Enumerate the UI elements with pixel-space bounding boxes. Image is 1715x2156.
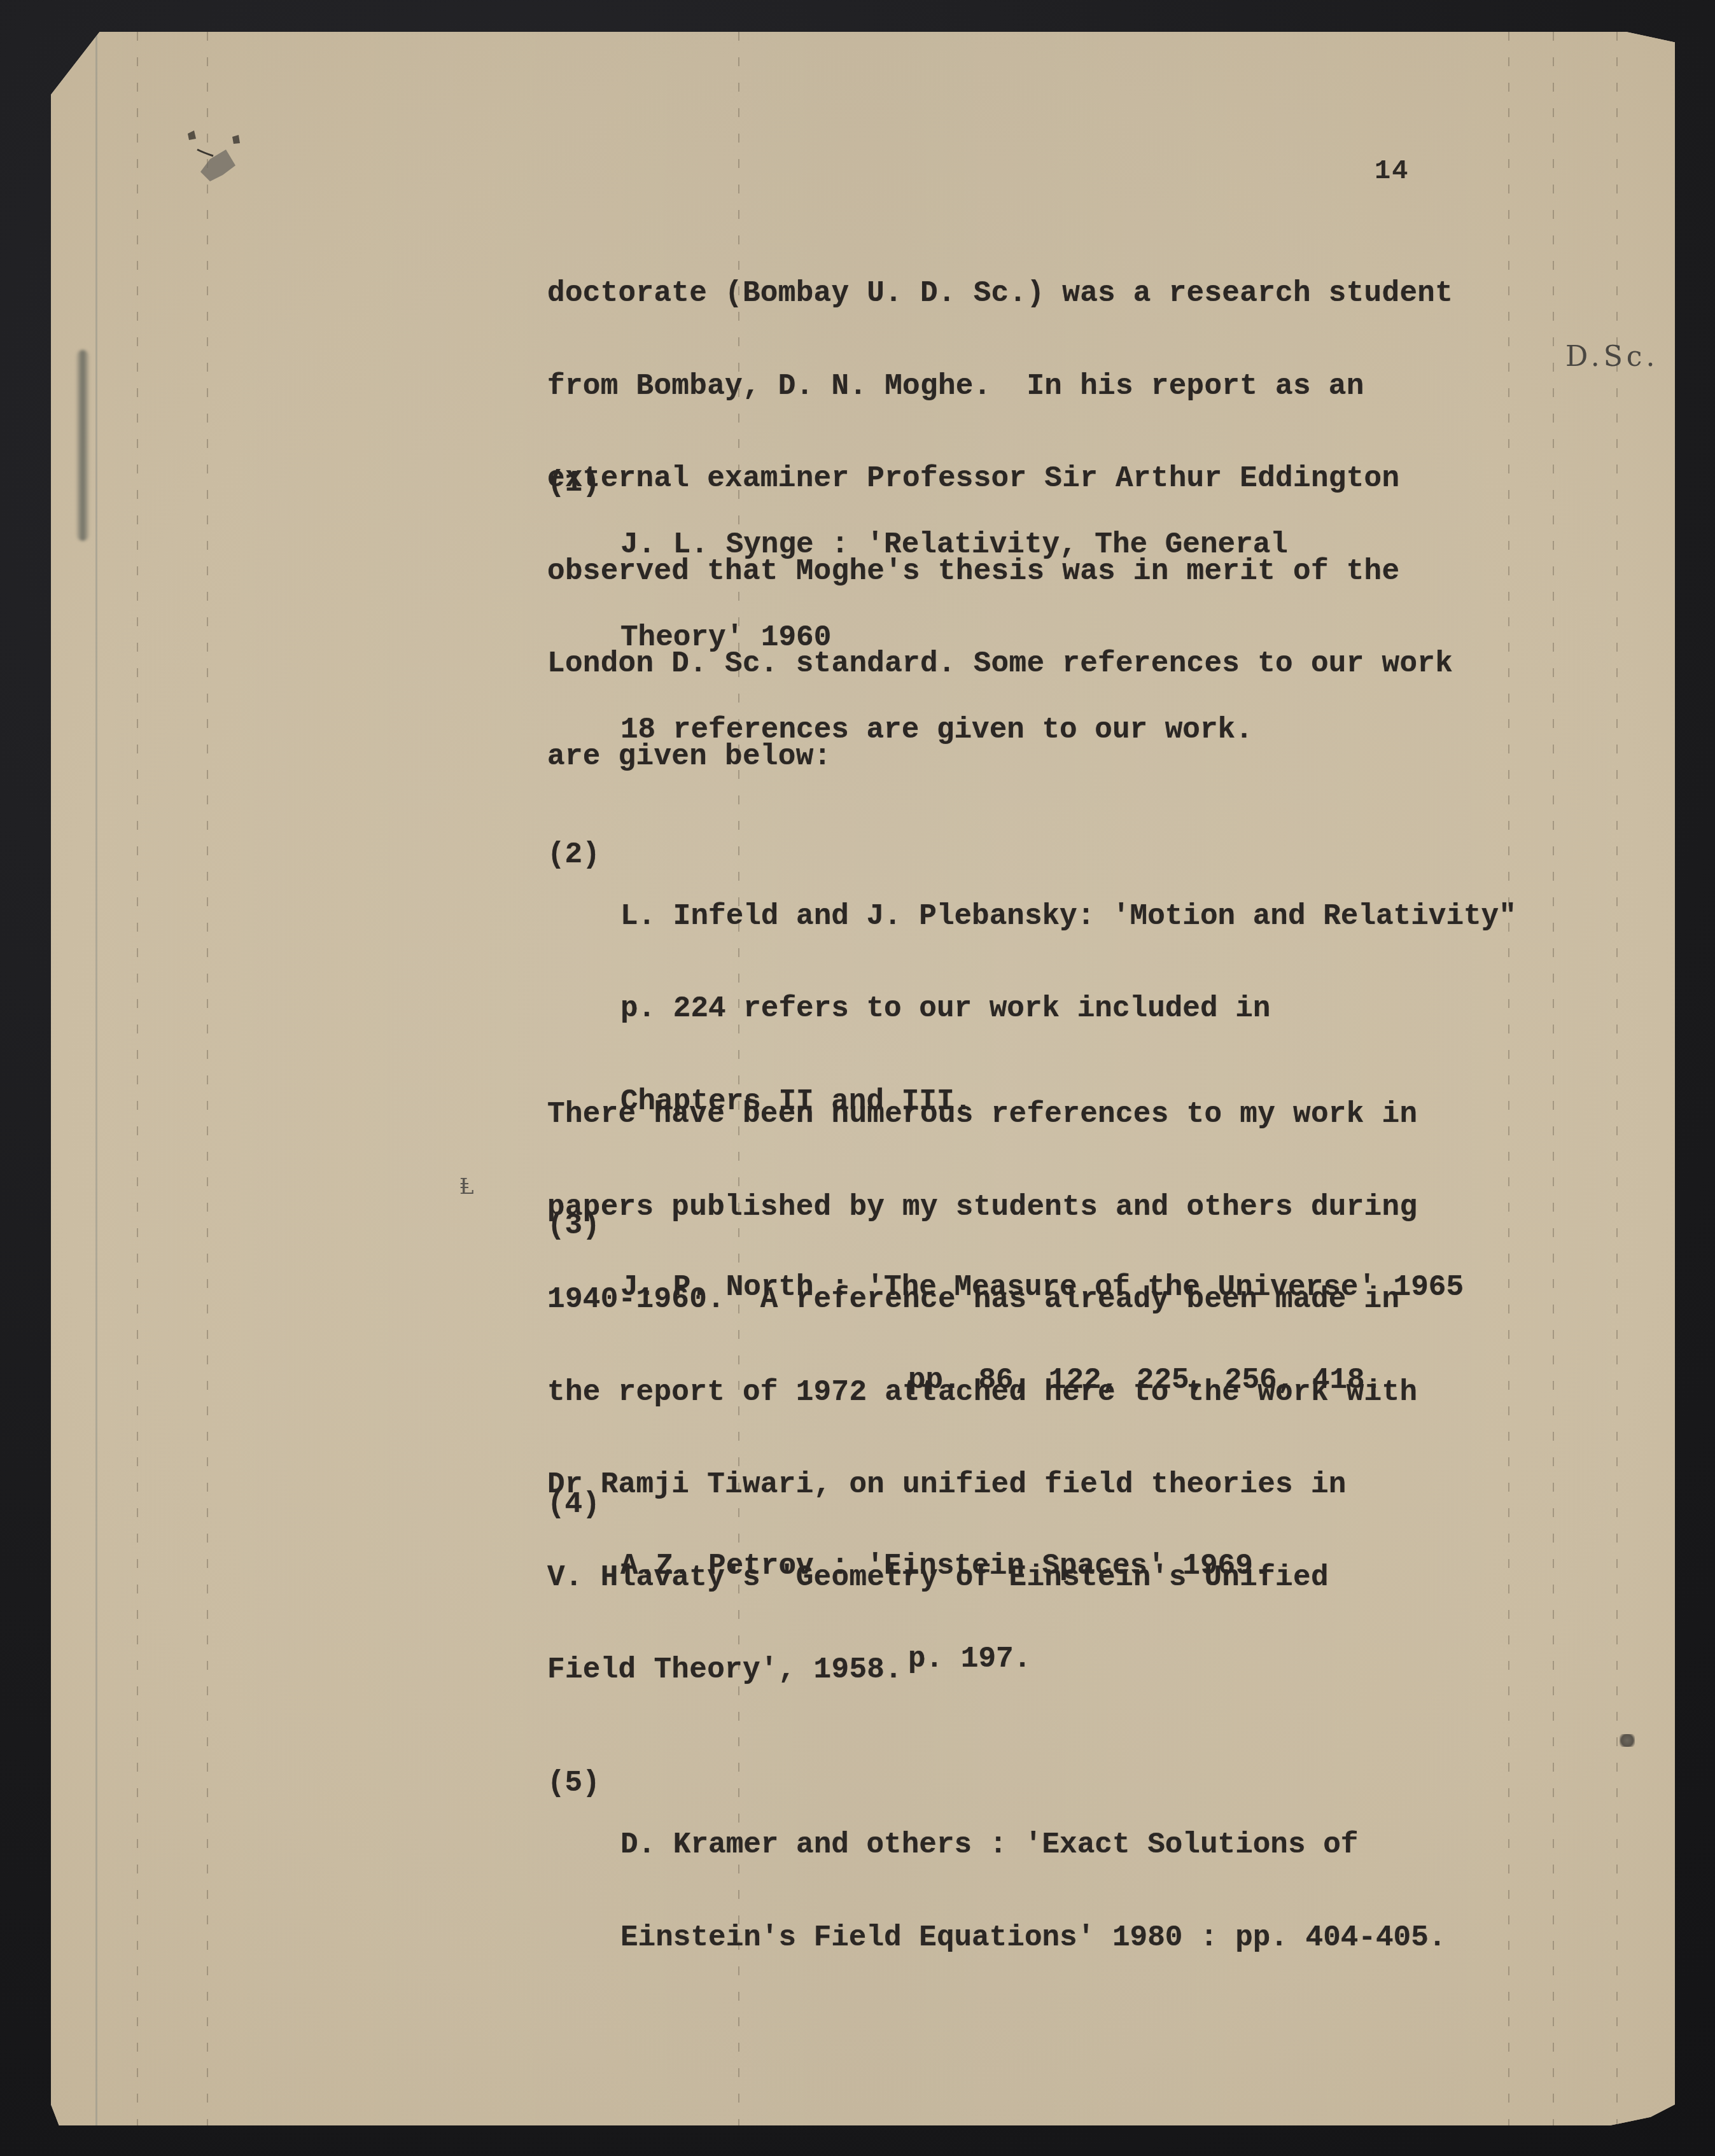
text-line: doctorate (Bombay U. D. Sc.) was a resea… [547,278,1453,309]
text-line: 1940-1960. A reference has already been … [547,1284,1417,1315]
text-line: papers published by my students and othe… [547,1192,1417,1223]
reference-line: p. 224 refers to our work included in [620,993,1516,1025]
ink-smudge [76,350,89,541]
text-line: from Bombay, D. N. Moghe. In his report … [547,371,1453,402]
reference-line: 18 references are given to our work. [620,715,1288,746]
reference-line: D. Kramer and others : 'Exact Solutions … [620,1830,1446,1861]
text-line: Field Theory', 1958. [547,1655,1417,1686]
ink-stamp-mark [1620,1734,1635,1747]
reference-item: (5) D. Kramer and others : 'Exact Soluti… [547,1768,1516,2015]
reference-number: (5) [547,1768,620,2015]
guide-line [137,32,138,2125]
binding-line [95,32,97,2125]
text-line: Dr Ramji Tiwari, on unified field theori… [547,1469,1417,1501]
reference-item: (1) J. L. Synge : 'Relativity, The Gener… [547,468,1516,808]
guide-line [207,32,208,2125]
reference-line: Einstein's Field Equations' 1980 : pp. 4… [620,1922,1446,1954]
text-line: the report of 1972 attached here to the … [547,1377,1417,1408]
page-number: 14 [1375,156,1409,186]
torn-hole-icon [175,121,251,191]
text-line: There have been numerous references to m… [547,1099,1417,1130]
paragraph-closing: There have been numerous references to m… [547,1037,1417,1716]
handwritten-annotation: D.Sc. [1565,340,1658,373]
reference-line: J. L. Synge : 'Relativity, The General [620,529,1288,561]
margin-mark: Ⱡ [459,1174,474,1200]
reference-line: L. Infeld and J. Plebansky: 'Motion and … [620,901,1516,932]
reference-number: (1) [547,468,620,808]
guide-line [1553,32,1554,2125]
text-line: V. Hlavaty's 'Geometry of Einstein's Uni… [547,1562,1417,1593]
reference-line: Theory' 1960 [620,622,1288,654]
